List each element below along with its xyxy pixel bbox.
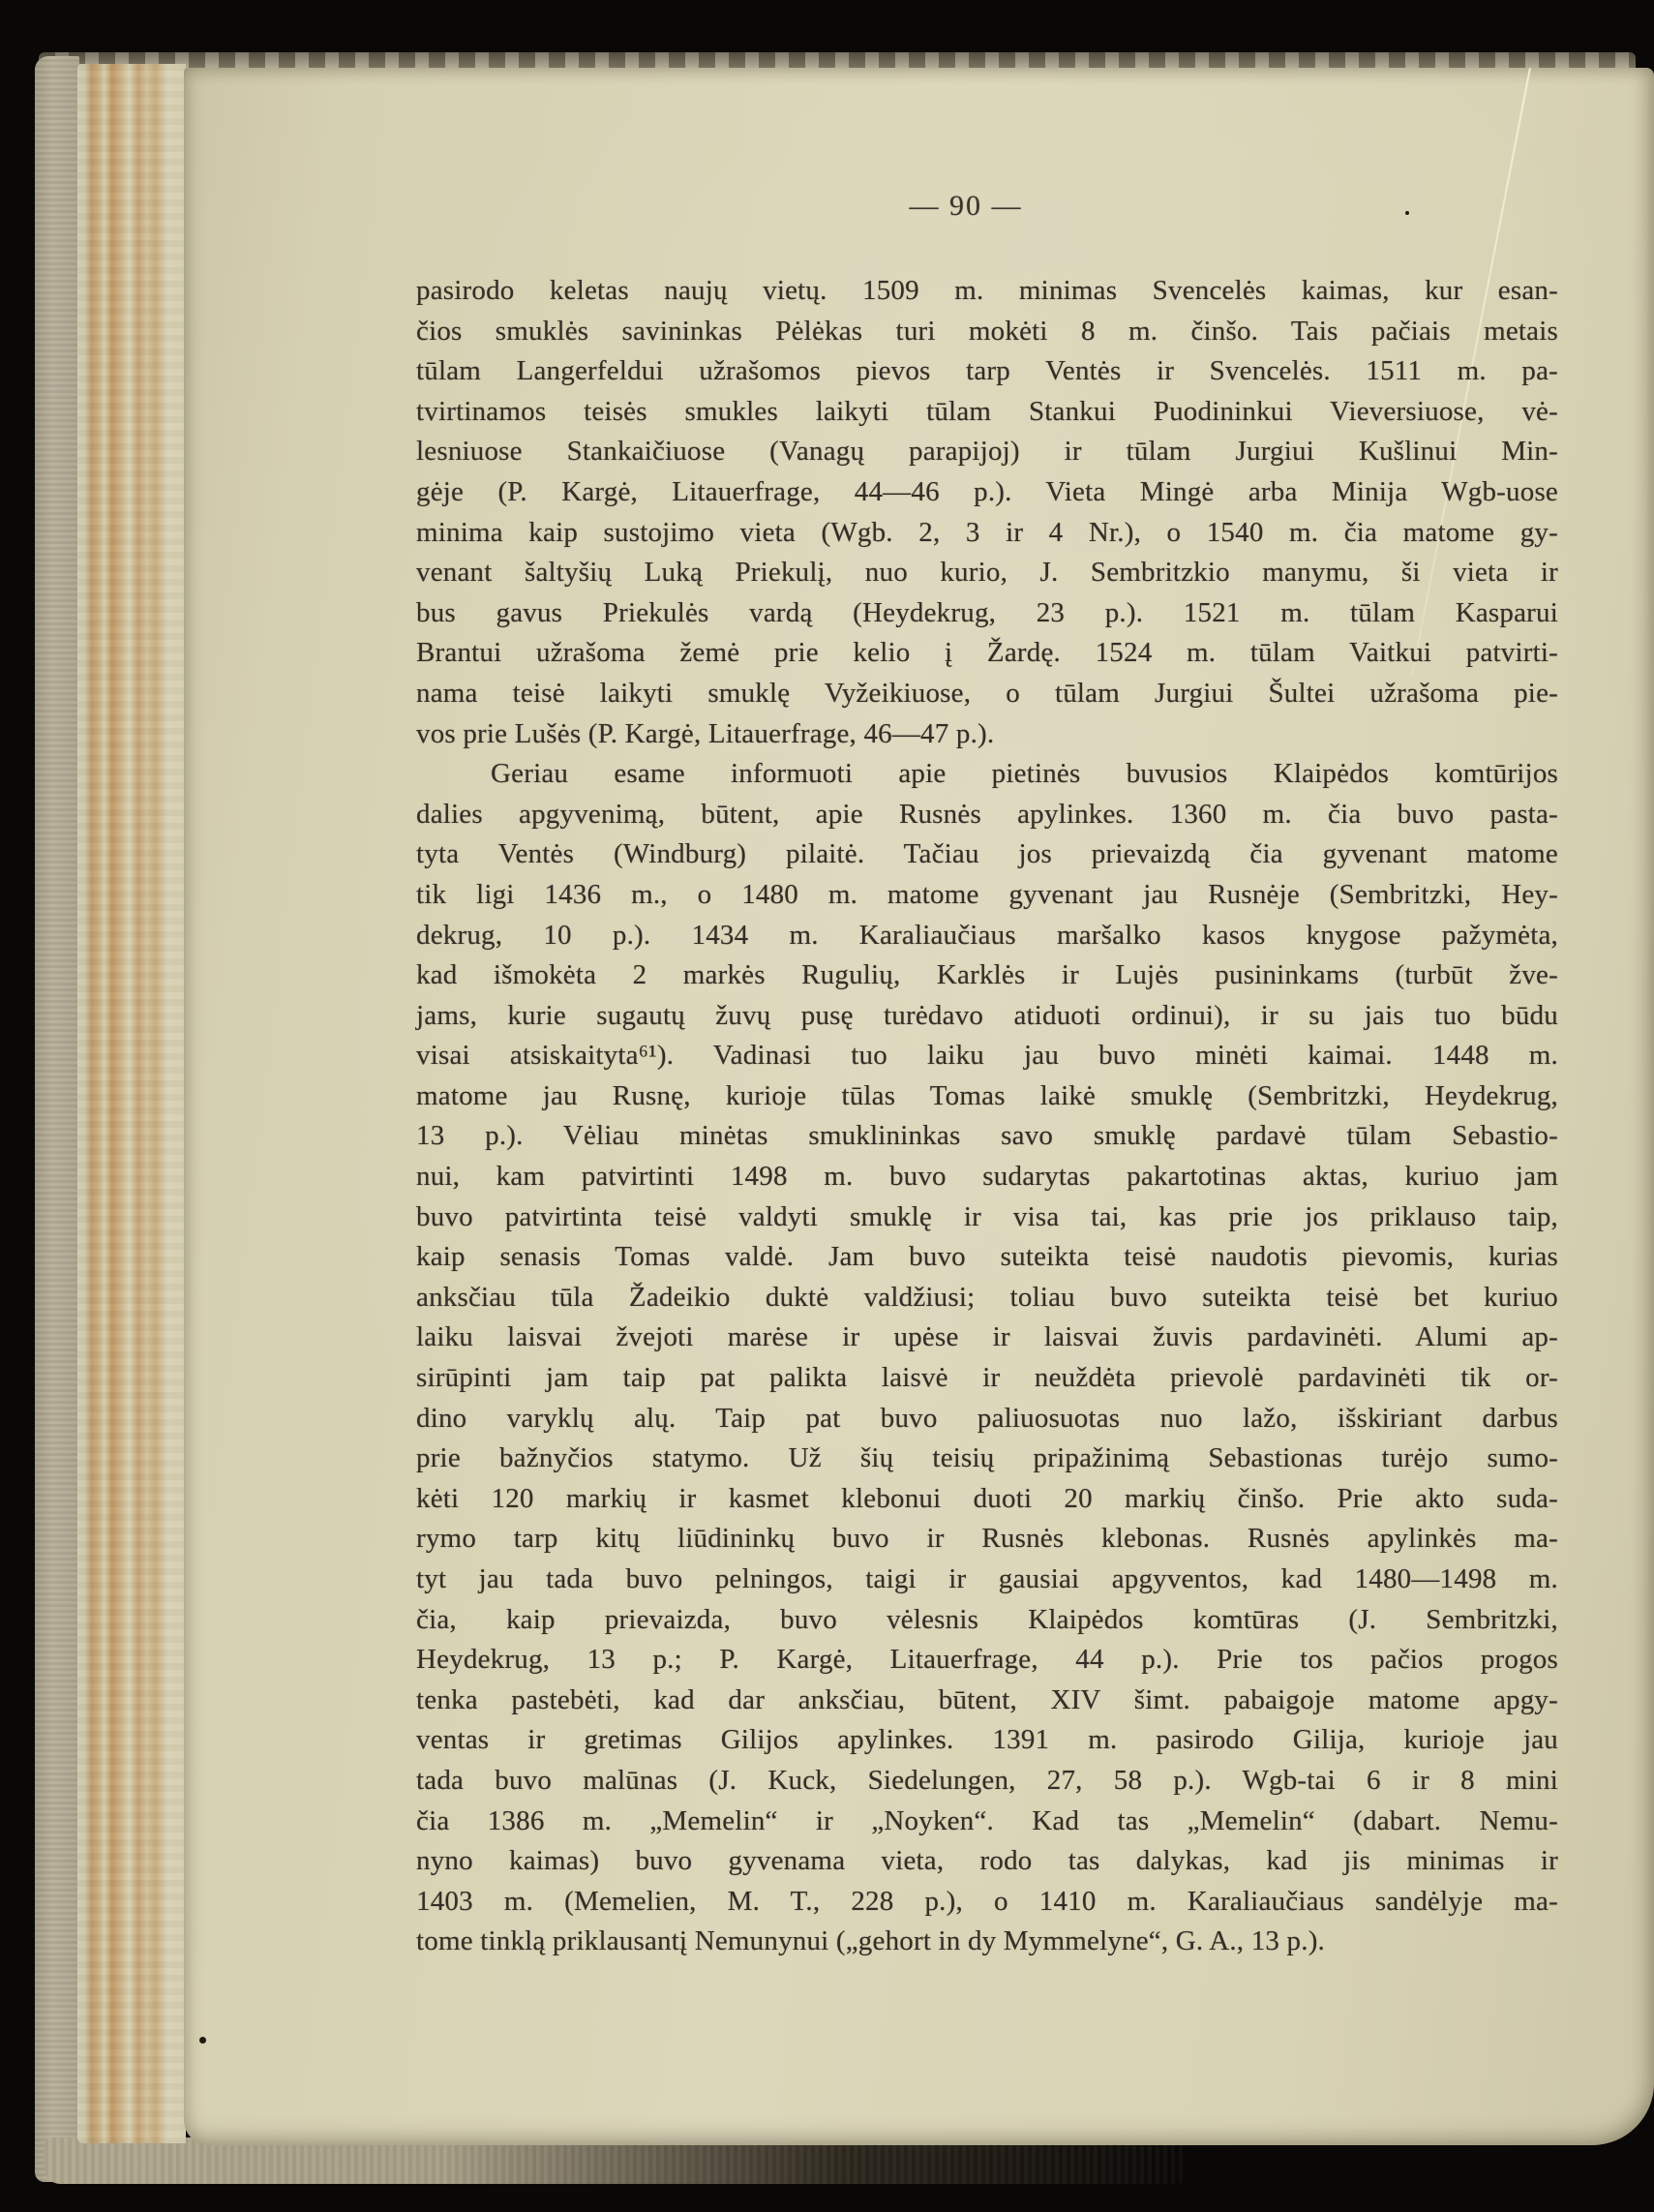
text-line: čia 1386 m. „Memelin“ ir „Noyken“. Kad t…: [416, 1802, 1558, 1842]
text-line: tyt jau tada buvo pelningos, taigi ir ga…: [416, 1560, 1558, 1600]
text-line: kaip senasis Tomas valdė. Jam buvo sutei…: [416, 1237, 1558, 1278]
text-line: vos prie Lušės (P. Kargė, Litauerfrage, …: [416, 714, 1558, 755]
text-line: rymo tarp kitų liūdininkų buvo ir Rusnės…: [416, 1519, 1558, 1560]
text-line: sirūpinti jam taip pat palikta laisvė ir…: [416, 1358, 1558, 1399]
text-line: tyta Ventės (Windburg) pilaitė. Tačiau j…: [416, 834, 1558, 875]
text-line: 1403 m. (Memelien, M. T., 228 p.), o 141…: [416, 1882, 1558, 1923]
photo-background: — 90 — pasirodo keletas naujų vietų. 150…: [0, 0, 1654, 2212]
text-line: nui, kam patvirtinti 1498 m. buvo sudary…: [416, 1157, 1558, 1197]
text-line: bus gavus Priekulės vardą (Heydekrug, 23…: [416, 593, 1558, 634]
text-line: tik ligi 1436 m., o 1480 m. matome gyven…: [416, 875, 1558, 916]
text-line: čia, kaip prievaizda, buvo vėlesnis Klai…: [416, 1600, 1558, 1641]
page-stack-left-edges: [77, 64, 186, 2143]
book-page: — 90 — pasirodo keletas naujų vietų. 150…: [184, 68, 1654, 2145]
text-line: ventas ir gretimas Gilijos apylinkes. 13…: [416, 1720, 1558, 1761]
text-line: čios smuklės savininkas Pėlėkas turi mok…: [416, 312, 1558, 352]
text-line: dalies apgyvenimą, būtent, apie Rusnės a…: [416, 795, 1558, 835]
text-line: kėti 120 markių ir kasmet klebonui duoti…: [416, 1479, 1558, 1520]
text-line: pasirodo keletas naujų vietų. 1509 m. mi…: [416, 271, 1558, 312]
text-line: visai atsiskaityta⁶¹). Vadinasi tuo laik…: [416, 1036, 1558, 1076]
text-line: tenka pastebėti, kad dar anksčiau, būten…: [416, 1681, 1558, 1721]
body-text: pasirodo keletas naujų vietų. 1509 m. mi…: [416, 271, 1558, 1962]
text-line: jams, kurie sugautų žuvų pusę turėdavo a…: [416, 996, 1558, 1037]
text-line: nama teisė laikyti smuklę Vyžeikiuose, o…: [416, 674, 1558, 714]
text-line: 13 p.). Vėliau minėtas smuklininkas savo…: [416, 1116, 1558, 1157]
text-line: tome tinklą priklausantį Nemunynui („geh…: [416, 1922, 1558, 1962]
ink-speck: [199, 2037, 206, 2044]
text-line: kad išmokėta 2 markės Rugulių, Karklės i…: [416, 955, 1558, 996]
text-line: nyno kaimas) buvo gyvenama vieta, rodo t…: [416, 1841, 1558, 1882]
text-line: dino varyklų alų. Taip pat buvo paliuosu…: [416, 1399, 1558, 1439]
book-cover-edge-left: [35, 56, 79, 2182]
text-line: lesniuose Stankaičiuose (Vanagų parapijo…: [416, 432, 1558, 472]
text-line: matome jau Rusnę, kurioje tūlas Tomas la…: [416, 1076, 1558, 1117]
text-line: prie bažnyčios statymo. Už šių teisių pr…: [416, 1439, 1558, 1479]
text-line: Geriau esame informuoti apie pietinės bu…: [416, 754, 1558, 795]
text-line: venant šaltyšių Luką Priekulį, nuo kurio…: [416, 553, 1558, 593]
page-number: — 90 —: [395, 190, 1537, 223]
text-line: tada buvo malūnas (J. Kuck, Siedelungen,…: [416, 1761, 1558, 1802]
text-line: tvirtinamos teisės smukles laikyti tūlam…: [416, 392, 1558, 433]
text-line: anksčiau tūla Žadeikio duktė valdžiusi; …: [416, 1278, 1558, 1318]
text-line: dekrug, 10 p.). 1434 m. Karaliaučiaus ma…: [416, 916, 1558, 956]
text-line: minima kaip sustojimo vieta (Wgb. 2, 3 i…: [416, 513, 1558, 554]
text-line: tūlam Langerfeldui užrašomos pievos tarp…: [416, 351, 1558, 392]
text-line: Brantui užrašoma žemė prie kelio į Žardę…: [416, 633, 1558, 674]
text-line: buvo patvirtinta teisė valdyti smuklę ir…: [416, 1197, 1558, 1238]
text-line: Heydekrug, 13 p.; P. Kargė, Litauerfrage…: [416, 1640, 1558, 1681]
text-line: gėje (P. Kargė, Litauerfrage, 44—46 p.).…: [416, 472, 1558, 513]
text-line: laiku laisvai žvejoti marėse ir upėse ir…: [416, 1318, 1558, 1358]
